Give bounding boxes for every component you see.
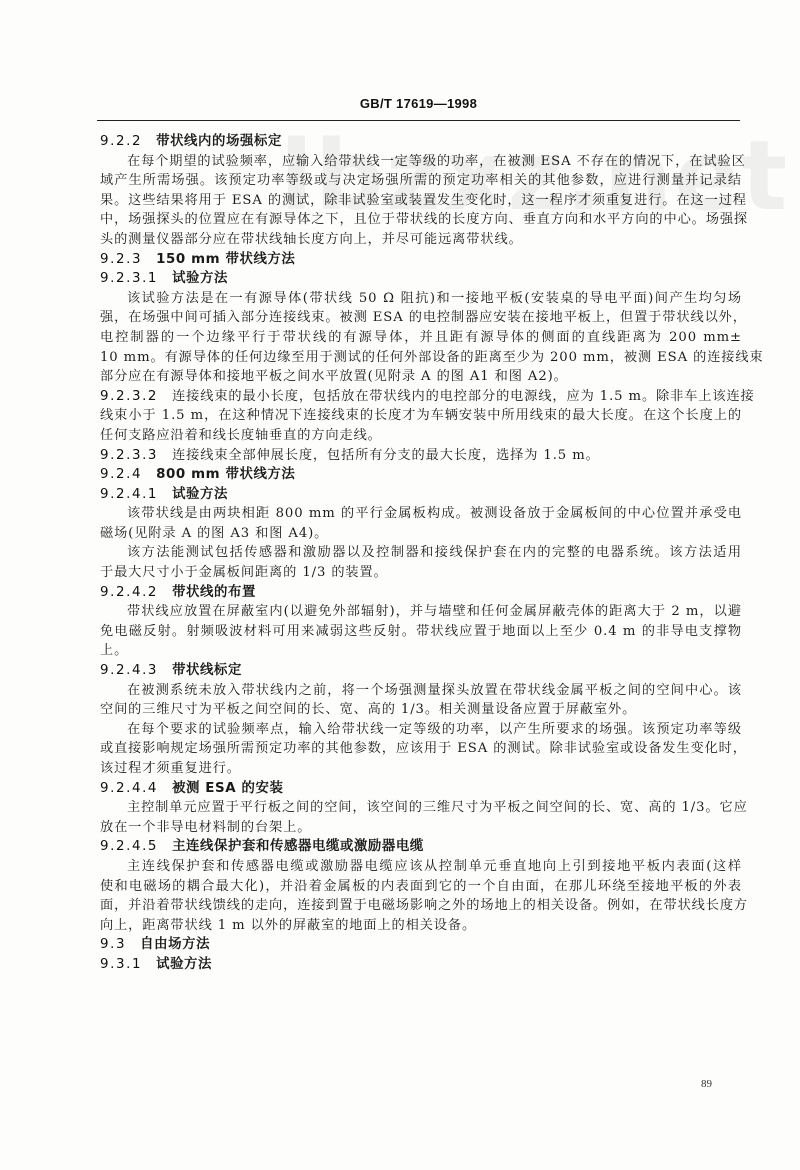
- section-heading-9-2-4-2: 9.2.4.2带状线的布置: [100, 583, 742, 603]
- paragraph-line: 上。: [100, 641, 742, 661]
- running-header: GB/T 17619—1998: [97, 96, 740, 111]
- section-heading-9-2-3: 9.2.3150 mm 带状线方法: [100, 250, 742, 270]
- section-heading-9-2-4-5: 9.2.4.5主连线保护套和传感器电缆或激励器电缆: [100, 837, 742, 857]
- paragraph-line: 主控制单元应置于平行板之间的空间，该空间的三维尺寸为平板之间空间的长、宽、高的 …: [100, 798, 742, 818]
- paragraph-line: 中，场强探头的位置应在有源导体之下，且位于带状线的长度方向、垂直方向和水平方向的…: [100, 210, 742, 230]
- paragraph-line: 空间的三维尺寸为平板之间空间的长、宽、高的 1/3。相关测量设备应置于屏蔽室外。: [100, 700, 742, 720]
- paragraph-line: 在每个要求的试验频率点，输入给带状线一定等级的功率，以产生所要求的场强。该预定功…: [100, 720, 742, 740]
- section-title: 自由场方法: [140, 937, 210, 952]
- section-heading-9-2-4-1: 9.2.4.1试验方法: [100, 485, 742, 505]
- section-inline-text: 连接线束的最小长度，包括放在带状线内的电控部分的电源线，应为 1.5 m。除非车…: [172, 389, 755, 404]
- section-inline-text: 连接线束全部伸展长度，包括所有分支的最大长度，选择为 1.5 m。: [172, 448, 600, 463]
- paragraph-line: 头的测量仪器部分应在带状线轴长度方向上，并尽可能远离带状线。: [100, 230, 742, 250]
- paragraph-line: 果。这些结果将用于 ESA 的测试，除非试验室或装置发生变化时，这一程序才须重复…: [100, 191, 742, 211]
- section-title: 试验方法: [172, 271, 228, 286]
- section-title: 带状线内的场强标定: [156, 134, 282, 149]
- section-heading-9-2-4: 9.2.4800 mm 带状线方法: [100, 465, 742, 485]
- section-title: 150 mm 带状线方法: [156, 252, 295, 267]
- paragraph-line: 在每个期望的试验频率，应输入给带状线一定等级的功率，在被测 ESA 不存在的情况…: [100, 152, 742, 172]
- paragraph-line: 带状线应放置在屏蔽室内(以避免外部辐射)，并与墙壁和任何金属屏蔽壳体的距离大于 …: [100, 602, 742, 622]
- document-page: lbzxz.net GB/T 17619—1998 9.2.2带状线内的场强标定…: [0, 0, 800, 1170]
- section-heading-9-2-4-4: 9.2.4.4被测 ESA 的安装: [100, 779, 742, 799]
- section-heading-9-2-3-1: 9.2.3.1试验方法: [100, 269, 742, 289]
- section-number: 9.2.3.3: [100, 446, 158, 466]
- paragraph-line: 放在一个非导电材料制的台架上。: [100, 818, 742, 838]
- section-number: 9.2.4.4: [100, 779, 158, 799]
- paragraph-line: 磁场(见附录 A 的图 A3 和图 A4)。: [100, 524, 742, 544]
- paragraph-line: 免电磁反射。射频吸波材料可用来减弱这些反射。带状线应置于地面以上至少 0.4 m…: [100, 622, 742, 642]
- paragraph-line: 任何支路应沿着和线长度轴垂直的方向走线。: [100, 426, 742, 446]
- section-title: 带状线的布置: [172, 585, 256, 600]
- paragraph-line: 使和电磁场的耦合最大化)，并沿着金属板的内表面到它的一个自由面，在那儿环绕至接地…: [100, 877, 742, 897]
- section-number: 9.3.1: [100, 955, 142, 975]
- paragraph-line: 主连线保护套和传感器电缆或激励器电缆应该从控制单元垂直地向上引到接地平板内表面(…: [100, 857, 742, 877]
- paragraph-line: 该过程才须重复进行。: [100, 759, 742, 779]
- section-number: 9.2.4: [100, 465, 142, 485]
- header-rule: [97, 120, 740, 121]
- paragraph-line: 域产生所需场强。该预定功率等级或与决定场强所需的预定功率相关的其他参数，应进行测…: [100, 171, 742, 191]
- document-body: 9.2.2带状线内的场强标定 在每个期望的试验频率，应输入给带状线一定等级的功率…: [100, 132, 742, 975]
- paragraph-line: 电控制器的一个边缘平行于带状线的有源导体，并且距有源导体的侧面的直线距离为 20…: [100, 328, 742, 348]
- paragraph-line: 部分应在有源导体和接地平板之间水平放置(见附录 A 的图 A1 和图 A2)。: [100, 367, 742, 387]
- section-title: 800 mm 带状线方法: [156, 467, 295, 482]
- section-title: 试验方法: [156, 957, 212, 972]
- paragraph-line: 面，并沿着带状线馈线的走向，连接到置于电磁场影响之外的场地上的相关设备。例如，在…: [100, 896, 742, 916]
- section-heading-9-3: 9.3自由场方法: [100, 935, 742, 955]
- paragraph-line: 该带状线是由两块相距 800 mm 的平行金属板构成。被测设备放于金属板间的中心…: [100, 504, 742, 524]
- section-heading-9-2-2: 9.2.2带状线内的场强标定: [100, 132, 742, 152]
- paragraph-line: 向上，距离带状线 1 m 以外的屏蔽室的地面上的相关设备。: [100, 916, 742, 936]
- section-number: 9.2.3.1: [100, 269, 158, 289]
- section-title: 试验方法: [172, 487, 228, 502]
- section-number: 9.2.4.3: [100, 661, 158, 681]
- section-title: 被测 ESA 的安装: [172, 781, 283, 796]
- section-heading-9-3-1: 9.3.1试验方法: [100, 955, 742, 975]
- section-title: 带状线标定: [172, 663, 242, 678]
- section-heading-9-2-3-3: 9.2.3.3连接线束全部伸展长度，包括所有分支的最大长度，选择为 1.5 m。: [100, 446, 742, 466]
- paragraph-line: 或直接影响规定场强所需预定功率的其他参数，应该用于 ESA 的测试。除非试验室或…: [100, 739, 742, 759]
- paragraph-line: 10 mm。有源导体的任何边缘至用于测试的任何外部设备的距离至少为 200 mm…: [100, 348, 742, 368]
- paragraph-line: 线束小于 1.5 m，在这种情况下连接线束的长度才为车辆安装中所用线束的最大长度…: [100, 406, 742, 426]
- section-number: 9.3: [100, 935, 126, 955]
- section-number: 9.2.4.5: [100, 837, 158, 857]
- section-number: 9.2.2: [100, 132, 142, 152]
- section-number: 9.2.3: [100, 250, 142, 270]
- section-title: 主连线保护套和传感器电缆或激励器电缆: [172, 839, 424, 854]
- section-number: 9.2.3.2: [100, 387, 158, 407]
- section-heading-9-2-3-2: 9.2.3.2连接线束的最小长度，包括放在带状线内的电控部分的电源线，应为 1.…: [100, 387, 742, 407]
- section-number: 9.2.4.2: [100, 583, 158, 603]
- paragraph-line: 于最大尺寸小于金属板间距离的 1/3 的装置。: [100, 563, 742, 583]
- paragraph-line: 强，在场强中间可插入部分连接线束。被测 ESA 的电控制器应安装在接地平板上，但…: [100, 308, 742, 328]
- paragraph-line: 该试验方法是在一有源导体(带状线 50 Ω 阻抗)和一接地平板(安装桌的导电平面…: [100, 289, 742, 309]
- paragraph-line: 该方法能测试包括传感器和激励器以及控制器和接线保护套在内的完整的电器系统。该方法…: [100, 543, 742, 563]
- section-heading-9-2-4-3: 9.2.4.3带状线标定: [100, 661, 742, 681]
- paragraph-line: 在被测系统未放入带状线内之前，将一个场强测量探头放置在带状线金属平板之间的空间中…: [100, 681, 742, 701]
- section-number: 9.2.4.1: [100, 485, 158, 505]
- page-number: 89: [682, 1078, 712, 1090]
